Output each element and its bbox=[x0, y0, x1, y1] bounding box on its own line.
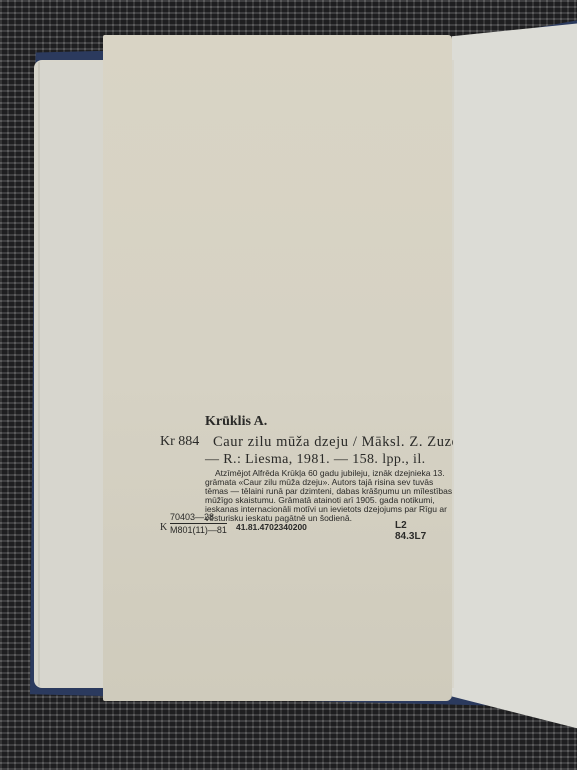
catalog-code: 41.81.4702340200 bbox=[236, 522, 307, 532]
fraction: 70403—28 M801(11)—81 bbox=[170, 512, 227, 535]
label-1: L2 bbox=[395, 520, 407, 531]
author: Krūklis A. bbox=[205, 414, 267, 430]
title-line: Caur zilu mūža dzeju / Māksl. Z. Zuze. bbox=[213, 434, 453, 451]
fraction-numerator: 70403—28 bbox=[170, 512, 227, 524]
fraction-denominator: M801(11)—81 bbox=[170, 524, 227, 535]
publication-line: — R.: Liesma, 1981. — 158. lpp., il. bbox=[205, 452, 426, 468]
call-number: Kr 884 bbox=[160, 434, 199, 450]
catalog-card-imprint: Krūklis A. Kr 884 Caur zilu mūža dzeju /… bbox=[0, 0, 577, 770]
annotation: Atzīmējot Alfrēda Krūkļa 60 gadu jubilej… bbox=[205, 469, 453, 525]
classification-letter: K bbox=[160, 522, 167, 533]
label-2: 84.3L7 bbox=[395, 531, 426, 542]
